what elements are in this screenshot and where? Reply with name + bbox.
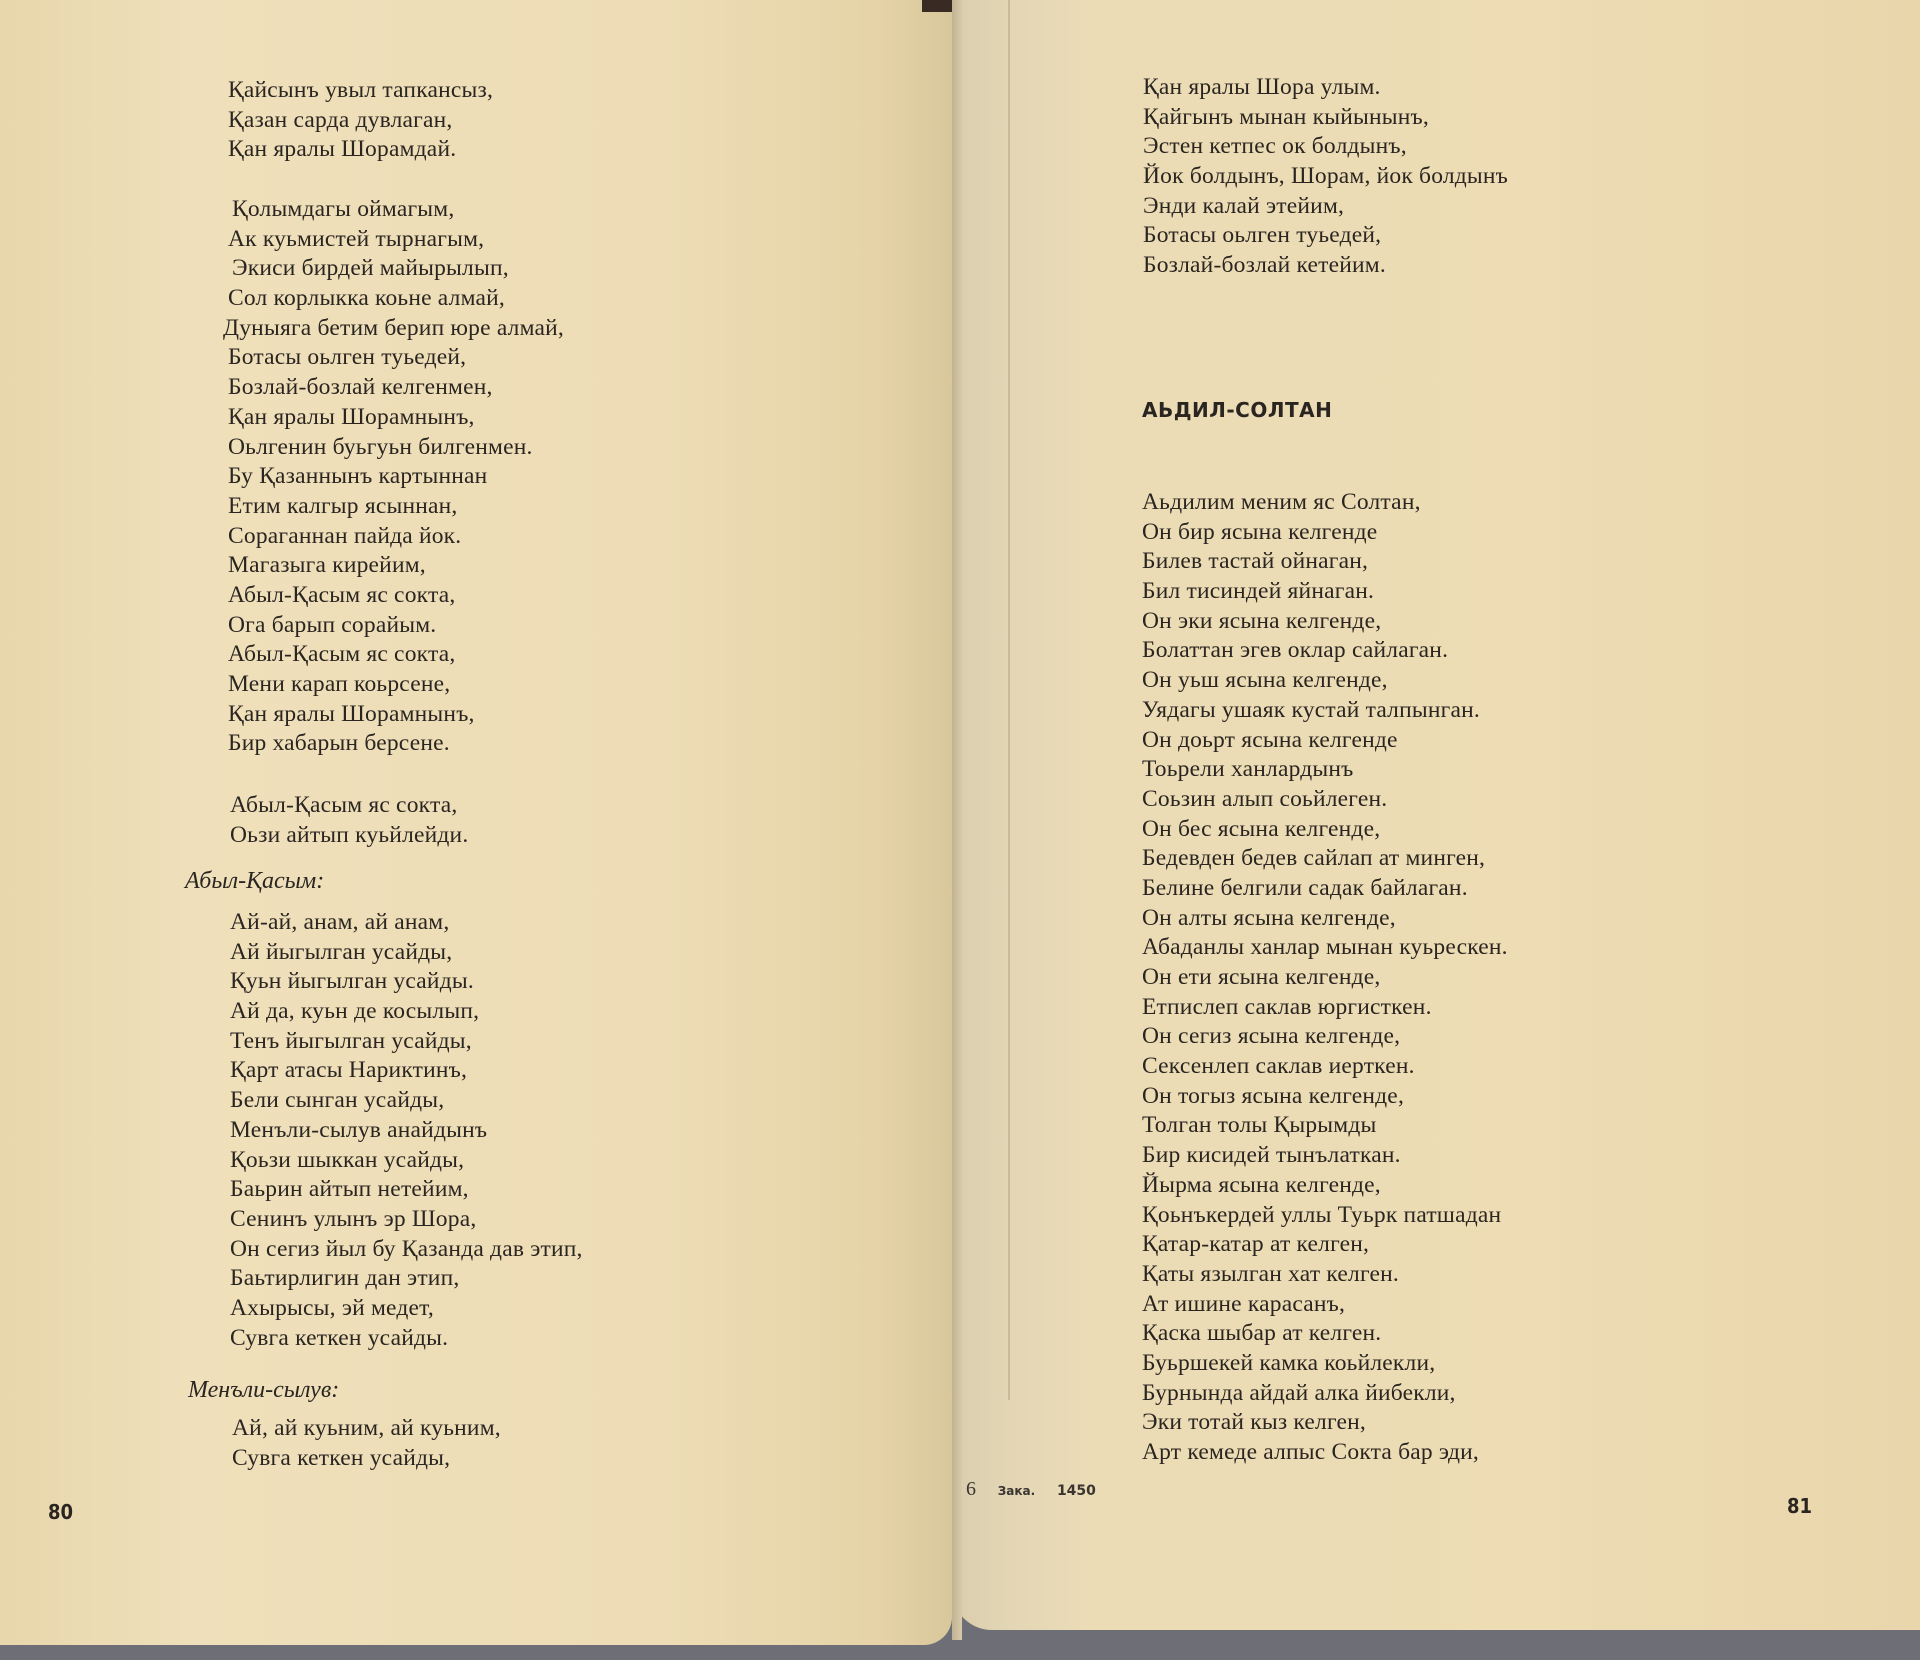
left-verse-block-3: Абыл-Қасым яс сокта, Оьзи айтып куьйлейд…: [230, 791, 468, 850]
verse-line: Эстен кетпес ок болдынъ,: [1143, 132, 1508, 162]
verse-line: Арт кемеде алпыс Сокта бар эди,: [1142, 1438, 1508, 1468]
left-verse-block-5: Ай, ай куьним, ай куьним, Сувга кеткен у…: [232, 1414, 501, 1473]
verse-line: Қайсынъ увыл тапкансыз,: [228, 76, 493, 106]
verse-line: Бир хабарын берсене.: [228, 729, 564, 759]
verse-line: Оьлгенин буьгуьн билгенмен.: [228, 433, 564, 463]
verse-line: Қаты язылган хат келген.: [1142, 1260, 1508, 1290]
verse-line: Қан яралы Шорамдай.: [228, 135, 493, 165]
speaker-label: Менъли-сылув:: [188, 1377, 339, 1404]
verse-line: Баьтирлигин дан этип,: [230, 1264, 583, 1294]
verse-line: Тенъ йыгылган усайды,: [230, 1027, 583, 1057]
verse-line: Қатар-катар ат келген,: [1142, 1230, 1508, 1260]
verse-line: Қан яралы Шорамнынъ,: [228, 403, 564, 433]
verse-line: Қазан сарда дувлаган,: [228, 106, 493, 136]
verse-line: Қарт атасы Нариктинъ,: [230, 1056, 583, 1086]
speaker-label: Абыл-Қасым:: [185, 868, 324, 895]
verse-line: Бурнында айдай алка йибекли,: [1142, 1379, 1508, 1409]
sheet-number: 6: [966, 1478, 976, 1500]
left-verse-block-1: Қайсынъ увыл тапкансыз, Қазан сарда дувл…: [228, 76, 493, 165]
verse-line: Белине белгили садак байлаган.: [1142, 874, 1508, 904]
verse-line: Менъли-сылув анайдынъ: [230, 1116, 583, 1146]
verse-line: Баьрин айтып нетейим,: [230, 1175, 583, 1205]
verse-line: Йырма ясына келгенде,: [1142, 1171, 1508, 1201]
right-verse-block-2: Аьдилим меним яс Солтан, Он бир ясына ке…: [1142, 488, 1508, 1468]
printer-signature: 6 Зака. 1450: [966, 1478, 1096, 1501]
verse-line: Ботасы оьлген туьедей,: [1143, 221, 1508, 251]
verse-line: Ахырысы, эй медет,: [230, 1294, 583, 1324]
verse-line: Сувга кеткен усайды.: [230, 1324, 583, 1354]
verse-line: Он бес ясына келгенде,: [1142, 815, 1508, 845]
order-label: Зака.: [998, 1484, 1035, 1498]
verse-line: Бу Қазаннынъ картыннан: [228, 462, 564, 492]
verse-line: Бели сынган усайды,: [230, 1086, 583, 1116]
verse-line: Тоьрели ханлардынъ: [1142, 755, 1508, 785]
order-number: 1450: [1057, 1483, 1096, 1499]
verse-line: Он алты ясына келгенде,: [1142, 904, 1508, 934]
book-gutter: [952, 0, 962, 1640]
verse-line: Йок болдынъ, Шорам, йок болдынъ: [1143, 162, 1508, 192]
page-number-left: 80: [48, 1500, 73, 1524]
verse-line: Бедевден бедев сайлап ат минген,: [1142, 844, 1508, 874]
verse-line: Қайгынъ мынан кыйынынъ,: [1143, 103, 1508, 133]
verse-line: Магазыга кирейим,: [228, 551, 564, 581]
verse-line: Дуныяга бетим берип юре алмай,: [223, 314, 564, 344]
verse-line: Сексенлеп саклав иерткен.: [1142, 1052, 1508, 1082]
verse-line: Он эки ясына келгенде,: [1142, 607, 1508, 637]
verse-line: Сувга кеткен усайды,: [232, 1444, 501, 1474]
verse-line: Уядагы ушаяк кустай талпынган.: [1142, 696, 1508, 726]
verse-line: Он ети ясына келгенде,: [1142, 963, 1508, 993]
verse-line: Энди калай этейим,: [1143, 192, 1508, 222]
verse-line: Сораганнан пайда йок.: [228, 522, 564, 552]
verse-line: Қан яралы Шора улым.: [1143, 73, 1508, 103]
verse-line: Оьзи айтып куьйлейди.: [230, 821, 468, 851]
verse-line: Он уьш ясына келгенде,: [1142, 666, 1508, 696]
verse-line: Ога барып сорайым.: [228, 611, 564, 641]
verse-line: Экиси бирдей майырылып,: [228, 254, 564, 284]
verse-line: Бозлай-бозлай келгенмен,: [228, 373, 564, 403]
verse-line: Билев тастай ойнаган,: [1142, 547, 1508, 577]
verse-line: Соьзин алып соьйлеген.: [1142, 785, 1508, 815]
verse-line: Аьдилим меним яс Солтан,: [1142, 488, 1508, 518]
verse-line: Эки тотай кыз келген,: [1142, 1408, 1508, 1438]
verse-line: Қоьнъкердей уллы Туьрк патшадан: [1142, 1201, 1508, 1231]
verse-line: Он сегиз ясына келгенде,: [1142, 1022, 1508, 1052]
left-verse-block-2: Қолымдагы оймагым, Ак куьмистей тырнагым…: [228, 195, 564, 759]
verse-line: Он сегиз йыл бу Қазанда дав этип,: [230, 1235, 583, 1265]
verse-line: Абыл-Қасым яс сокта,: [228, 581, 564, 611]
verse-line: Сенинъ улынъ эр Шора,: [230, 1205, 583, 1235]
verse-line: Абыл-Қасым яс сокта,: [228, 640, 564, 670]
verse-line: Он тогыз ясына келгенде,: [1142, 1082, 1508, 1112]
verse-line: Мени карап коьрсене,: [228, 670, 564, 700]
verse-line: Болаттан эгев оклар сайлаган.: [1142, 636, 1508, 666]
verse-line: Етим калгыр ясыннан,: [228, 492, 564, 522]
verse-line: Абыл-Қасым яс сокта,: [230, 791, 468, 821]
book-binding-edge: [922, 0, 952, 12]
verse-line: Бил тисиндей яйнаган.: [1142, 577, 1508, 607]
left-verse-block-4: Ай-ай, анам, ай анам, Ай йыгылган усайды…: [230, 908, 583, 1353]
verse-line: Он бир ясына келгенде: [1142, 518, 1508, 548]
verse-line: Қаска шыбар ат келген.: [1142, 1319, 1508, 1349]
verse-line: Ай йыгылган усайды,: [230, 938, 583, 968]
verse-line: Қуьн йыгылган усайды.: [230, 967, 583, 997]
verse-line: Абаданлы ханлар мынан куьрескен.: [1142, 933, 1508, 963]
verse-line: Ак куьмистей тырнагым,: [228, 225, 564, 255]
section-title: АЬДИЛ-СОЛТАН: [1142, 398, 1332, 422]
page-crease: [1008, 0, 1010, 1400]
verse-line: Он доьрт ясына келгенде: [1142, 726, 1508, 756]
verse-line: Толган толы Қырымды: [1142, 1111, 1508, 1141]
page-number-right: 81: [1787, 1494, 1812, 1518]
verse-line: Сол корлыкка коьне алмай,: [228, 284, 564, 314]
verse-line: Қолымдагы оймагым,: [228, 195, 564, 225]
verse-line: Қоьзи шыккан усайды,: [230, 1146, 583, 1176]
verse-line: Етпислеп саклав юргисткен.: [1142, 993, 1508, 1023]
verse-line: Ат ишине карасанъ,: [1142, 1290, 1508, 1320]
verse-line: Ай, ай куьним, ай куьним,: [232, 1414, 501, 1444]
verse-line: Қан яралы Шорамнынъ,: [228, 700, 564, 730]
verse-line: Буьршекей камка коьйлекли,: [1142, 1349, 1508, 1379]
verse-line: Бозлай-бозлай кетейим.: [1143, 251, 1508, 281]
verse-line: Ай-ай, анам, ай анам,: [230, 908, 583, 938]
verse-line: Ай да, куьн де косылып,: [230, 997, 583, 1027]
verse-line: Бир кисидей тынълаткан.: [1142, 1141, 1508, 1171]
verse-line: Ботасы оьлген туьедей,: [228, 343, 564, 373]
right-verse-block-1: Қан яралы Шора улым. Қайгынъ мынан кыйын…: [1143, 73, 1508, 281]
